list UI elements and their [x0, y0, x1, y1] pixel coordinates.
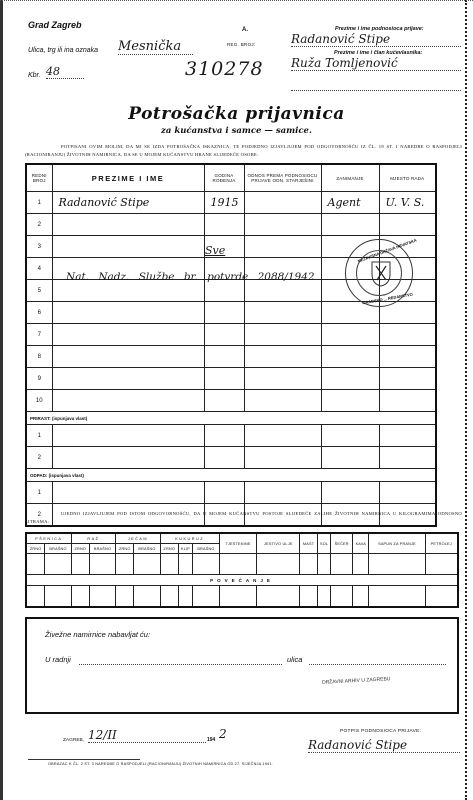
workplace: [379, 214, 436, 236]
table-row: 1: [26, 425, 436, 447]
shop-field: [79, 663, 282, 665]
col-header-coffee: KAVA: [353, 533, 369, 554]
birth-year: [204, 214, 244, 236]
person-name: [52, 368, 204, 390]
signature-value: Radanović Stipe: [308, 738, 460, 753]
row-number: 9: [26, 368, 52, 390]
col-header-salt: SOL: [318, 533, 331, 554]
table-row: 1 Radanović Stipe 1915 Agent U. V. S.: [26, 192, 436, 214]
street-field-label: ulica: [287, 655, 302, 664]
increase-label: POVEĆANJE: [26, 575, 458, 586]
row-number: 8: [26, 346, 52, 368]
col-header-sugar: ŠEĆER: [331, 533, 353, 554]
series-letter: A.: [242, 27, 248, 33]
relation: [244, 214, 321, 236]
row-number: 1: [26, 482, 52, 504]
increase-band: POVEĆANJE: [26, 575, 458, 586]
sub-header: ZRNO: [71, 544, 89, 554]
sub-header: BRAŠNO: [134, 544, 160, 554]
supplies-group-header: PŠENICA RAŽ JEČAM KUKURUZ TJESTENINE JES…: [26, 533, 458, 544]
row-number: 4: [26, 258, 52, 280]
sub-header: ZRNO: [116, 544, 134, 554]
reg-number-value: 310278: [185, 58, 264, 80]
relation: [244, 390, 321, 412]
relation: [244, 192, 321, 214]
occupation: [321, 214, 379, 236]
col-header-soap: SAPUN ZA PRANJE: [369, 533, 425, 554]
persons-header-row: REDNI BROJ PREZIME I IME GODINA ROĐENJA …: [26, 164, 436, 192]
supply-source-label: Živežne namirnice nabavljat ću:: [45, 630, 150, 639]
occupation: Agent: [321, 192, 379, 214]
row-number: 5: [26, 280, 52, 302]
annotation-row5: Nat. Nadz. Službe br. potvrde 2088/1942: [66, 271, 315, 283]
relation: [244, 368, 321, 390]
archive-stamp: DRŽAVNI ARHIV U ZAGREBU: [322, 676, 391, 686]
group-header-barley: JEČAM: [116, 533, 160, 544]
col-header-birth-year: GODINA ROĐENJA: [204, 164, 244, 192]
table-row: 2: [26, 214, 436, 236]
row-number: 3: [26, 236, 52, 258]
form-title: Potrošačka prijavnica: [0, 104, 473, 124]
col-header-name: PREZIME I IME: [52, 164, 204, 192]
sub-header: KLIP: [178, 544, 193, 554]
occupation: [321, 324, 379, 346]
scan-edge-top: [0, 0, 473, 4]
street-value: Mesnička: [118, 39, 193, 55]
official-seal: NEZAVISNA DRŽAVA HRVATSKA GRADSKO ... RE…: [345, 239, 413, 307]
workplace: [379, 390, 436, 412]
city-label: Grad Zagreb: [28, 20, 82, 30]
section-label-odpad: ODPAD: (ispunjava vlast): [26, 469, 436, 482]
relation: [244, 302, 321, 324]
birth-year: [204, 324, 244, 346]
person-name: [52, 302, 204, 324]
workplace: [379, 368, 436, 390]
supply-source-box: Živežne namirnice nabavljat ću: U radnji…: [25, 617, 459, 714]
person-name: [52, 346, 204, 368]
occupation: [321, 390, 379, 412]
footnote-rule: [28, 759, 140, 760]
year-suffix: 2: [219, 727, 227, 741]
person-name: Radanović Stipe: [52, 192, 204, 214]
workplace: [379, 346, 436, 368]
table-row: 2: [26, 447, 436, 469]
row-number: 2: [26, 214, 52, 236]
col-header-occupation: ZANIMANJE: [321, 164, 379, 192]
birth-year: [204, 346, 244, 368]
form-subtitle: za kućanstva i samce — samice.: [0, 126, 473, 136]
supplies-row: [26, 554, 458, 575]
person-name: [52, 324, 204, 346]
birth-year: [204, 390, 244, 412]
relation: [244, 324, 321, 346]
reg-number-label: REG. BROJ:: [227, 42, 256, 47]
row-number: 1: [26, 192, 52, 214]
house-number-value: 48: [46, 65, 84, 79]
col-header-no: REDNI BROJ: [26, 164, 52, 192]
blank-line: [291, 89, 461, 91]
supplies-table: PŠENICA RAŽ JEČAM KUKURUZ TJESTENINE JES…: [25, 532, 459, 608]
row-number: 2: [26, 447, 52, 469]
occupation: [321, 368, 379, 390]
group-header-rye: RAŽ: [71, 533, 115, 544]
table-row: 9: [26, 368, 436, 390]
relation: [244, 346, 321, 368]
declaration-supplies: UJEDNO IZJAVLJUJEM POD ISTOM ODGOVORNOŠĆ…: [25, 510, 462, 526]
section-odpad: ODPAD: (ispunjava vlast): [26, 469, 436, 482]
sub-header: BRAŠNO: [193, 544, 219, 554]
row-number: 7: [26, 324, 52, 346]
col-header-oil: JESTIVO ULJE: [257, 533, 300, 554]
annotation-above: Sve: [205, 244, 225, 257]
person-name: [52, 236, 204, 258]
workplace: [379, 324, 436, 346]
sub-header: ZRNO: [26, 544, 45, 554]
group-header-corn: KUKURUZ: [160, 533, 219, 544]
signature-label: POTPIS PODNOSIOCA PRIJAVE:: [340, 729, 421, 734]
person-name: [52, 214, 204, 236]
sub-header: BRAŠNO: [45, 544, 71, 554]
group-header-wheat: PŠENICA: [26, 533, 71, 544]
birth-year: [204, 368, 244, 390]
row-number: 10: [26, 390, 52, 412]
table-row: 1: [26, 482, 436, 504]
table-row: 8: [26, 346, 436, 368]
sub-header: BRAŠNO: [89, 544, 115, 554]
birth-year: [204, 302, 244, 324]
birth-year: 1915: [204, 192, 244, 214]
sub-header: ZRNO: [160, 544, 178, 554]
relation: [244, 236, 321, 258]
section-label-prirast: PRIRAST: (ispunjava vlast): [26, 412, 436, 425]
table-row: 7: [26, 324, 436, 346]
household-member-value: Ruža Tomljenović: [291, 56, 461, 71]
house-number-label: Kbr.: [28, 72, 41, 79]
table-row: 10: [26, 390, 436, 412]
declaration-persons: POTPISANI OVIM MOLIM, DA MI SE IZDA POTR…: [25, 143, 462, 159]
occupation: [321, 346, 379, 368]
date-value: 12/II: [88, 728, 206, 743]
ration-registration-form: Grad Zagreb Ulica, trg ili ina oznaka Me…: [0, 0, 473, 800]
person-name: [52, 390, 204, 412]
col-header-relation: ODNOS PREMA PODNOSIOCU PRIJAVE ODN. STAR…: [244, 164, 321, 192]
form-note: OBRAZAC K ČL. 2 ST. 3 NAREDBE O RASPODJE…: [48, 762, 273, 766]
shop-label: U radnji: [45, 655, 71, 664]
persons-table: REDNI BROJ PREZIME I IME GODINA ROĐENJA …: [25, 163, 437, 527]
supplies-row: [26, 586, 458, 608]
street-field: [309, 663, 446, 665]
col-header-petroleum: PETROLEJ: [425, 533, 458, 554]
col-header-lard: MAST: [300, 533, 318, 554]
street-label: Ulica, trg ili ina oznaka: [28, 47, 98, 54]
col-header-workplace: MJESTO RADA: [379, 164, 436, 192]
year-prefix: 194: [207, 737, 215, 743]
col-header-pasta: TJESTENINE: [219, 533, 257, 554]
section-prirast: PRIRAST: (ispunjava vlast): [26, 412, 436, 425]
row-number: 1: [26, 425, 52, 447]
place-label: ZAGREB,: [63, 738, 84, 743]
row-number: 6: [26, 302, 52, 324]
coat-of-arms-icon: [368, 258, 394, 288]
workplace: U. V. S.: [379, 192, 436, 214]
applicant-value: Radanović Stipe: [291, 32, 461, 47]
